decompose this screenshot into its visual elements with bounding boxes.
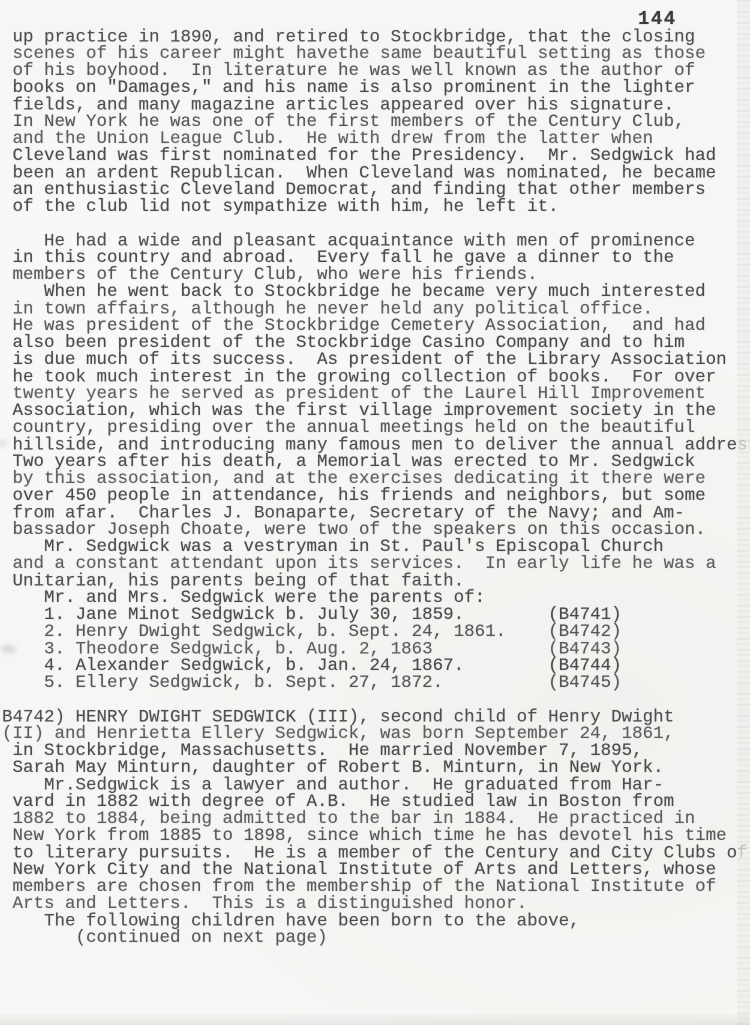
text-line: of his boyhood. In literature he was wel… xyxy=(2,63,750,80)
scan-smudge xyxy=(1,645,16,653)
text-line: of the club lid not sympathize with him,… xyxy=(2,199,750,216)
text-line: and the Union League Club. He with drew … xyxy=(2,131,750,148)
text-line: Unitarian, his parents being of that fai… xyxy=(2,573,750,590)
page-text: up practice in 1890, and retired to Stoc… xyxy=(2,29,750,947)
text-line: He had a wide and pleasant acquaintance … xyxy=(2,233,750,250)
text-line: twenty years he served as president of t… xyxy=(2,386,750,403)
scanned-document-page: 144 up practice in 1890, and retired to … xyxy=(0,0,750,1025)
text-line: 5. Ellery Sedgwick, b. Sept. 27, 1872. (… xyxy=(2,675,750,692)
text-line: Mr.Sedgwick is a lawyer and author. He g… xyxy=(2,777,750,794)
text-line: (II) and Henrietta Ellery Sedgwick, was … xyxy=(2,726,750,743)
text-line: to literary pursuits. He is a member of … xyxy=(2,845,750,862)
text-line: 3. Theodore Sedgwick, b. Aug. 2, 1863 (B… xyxy=(2,641,750,658)
text-line: He was president of the Stockbridge Ceme… xyxy=(2,318,750,335)
text-line: (continued on next page) xyxy=(2,930,750,947)
text-line: by this association, and at the exercise… xyxy=(2,471,750,488)
text-line: been an ardent Republican. When Clevelan… xyxy=(2,165,750,182)
text-line: hillside, and introducing many famous me… xyxy=(2,437,750,454)
scan-edge-right-band xyxy=(737,0,750,1025)
text-line: members of the Century Club, who were hi… xyxy=(2,267,750,284)
text-line: bassador Joseph Choate, were two of the … xyxy=(2,522,750,539)
scan-edge-bottom-band xyxy=(0,1014,750,1025)
